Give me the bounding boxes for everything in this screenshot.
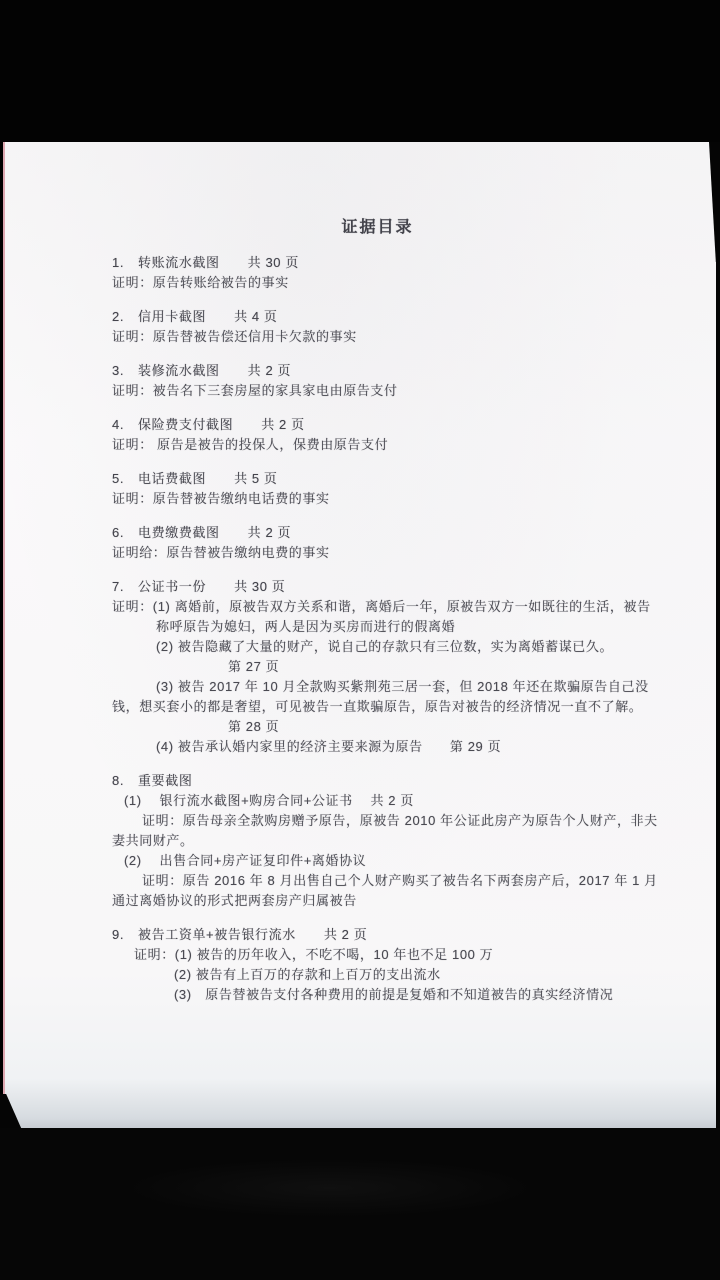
item-name: 保险费支付截图: [138, 417, 233, 432]
proof-line: (4) 被告承认婚内家里的经济主要来源为原告 第 29 页: [156, 737, 619, 757]
evidence-item-header: 8.重要截图: [112, 771, 619, 791]
evidence-list: 1.转账流水截图共 30 页证明：原告转账给被告的事实2.信用卡截图共 4 页证…: [112, 253, 619, 1005]
evidence-item: 6.电费缴费截图共 2 页证明给：原告替被告缴纳电费的事实: [112, 523, 619, 563]
evidence-item-header: 2.信用卡截图共 4 页: [112, 307, 619, 327]
item-number: 4.: [112, 415, 124, 435]
document-paper: 证据目录 1.转账流水截图共 30 页证明：原告转账给被告的事实2.信用卡截图共…: [3, 142, 717, 1128]
proof-line: (3) 原告替被告支付各种费用的前提是复婚和不知道被告的真实经济情况: [174, 985, 619, 1005]
item-name: 被告工资单+被告银行流水: [138, 927, 296, 942]
evidence-item: 3.装修流水截图共 2 页证明：被告名下三套房屋的家具家电由原告支付: [112, 361, 619, 401]
item-name: 转账流水截图: [138, 255, 220, 270]
evidence-item-header: 5.电话费截图共 5 页: [112, 469, 619, 489]
evidence-item: 5.电话费截图共 5 页证明：原告替被告缴纳电话费的事实: [112, 469, 619, 509]
evidence-item: 1.转账流水截图共 30 页证明：原告转账给被告的事实: [112, 253, 619, 293]
evidence-item: 8.重要截图(1) 银行流水截图+购房合同+公证书 共 2 页证明：原告母亲全款…: [112, 771, 619, 911]
proof-line: 证明：原告替被告偿还信用卡欠款的事实: [112, 327, 619, 347]
proof-line: 妻共同财产。: [112, 831, 619, 851]
evidence-item: 9.被告工资单+被告银行流水共 2 页证明：(1) 被告的历年收入，不吃不喝，1…: [112, 925, 619, 1005]
top-letterbox-bar: [0, 0, 720, 142]
item-name: 装修流水截图: [138, 363, 220, 378]
item-name: 电费缴费截图: [138, 525, 220, 540]
item-page-count: 共 2 页: [248, 363, 291, 378]
proof-line: 证明：被告名下三套房屋的家具家电由原告支付: [112, 381, 619, 401]
proof-line: (1) 银行流水截图+购房合同+公证书 共 2 页: [124, 791, 619, 811]
item-name: 重要截图: [138, 773, 192, 788]
proof-line: 第 28 页: [228, 717, 619, 737]
item-number: 3.: [112, 361, 124, 381]
evidence-item: 7.公证书一份共 30 页证明：(1) 离婚前，原被告双方关系和谐，离婚后一年，…: [112, 577, 619, 757]
proof-line: 证明： 原告是被告的投保人，保费由原告支付: [112, 435, 619, 455]
evidence-item-header: 3.装修流水截图共 2 页: [112, 361, 619, 381]
item-number: 1.: [112, 253, 124, 273]
evidence-item: 4.保险费支付截图共 2 页证明： 原告是被告的投保人，保费由原告支付: [112, 415, 619, 455]
item-number: 2.: [112, 307, 124, 327]
proof-line: 证明：(1) 离婚前，原被告双方关系和谐，离婚后一年，原被告双方一如既往的生活，…: [112, 597, 619, 617]
item-page-count: 共 2 页: [261, 417, 304, 432]
item-number: 5.: [112, 469, 124, 489]
item-page-count: 共 5 页: [234, 471, 277, 486]
bottom-letterbox-bar: [0, 1128, 720, 1280]
item-number: 6.: [112, 523, 124, 543]
document-content: 证据目录 1.转账流水截图共 30 页证明：原告转账给被告的事实2.信用卡截图共…: [5, 142, 717, 1005]
evidence-item-header: 7.公证书一份共 30 页: [112, 577, 619, 597]
proof-line: 证明：原告母亲全款购房赠予原告，原被告 2010 年公证此房产为原告个人财产，非…: [142, 811, 619, 831]
evidence-item-header: 9.被告工资单+被告银行流水共 2 页: [112, 925, 619, 945]
item-number: 8.: [112, 771, 124, 791]
item-number: 9.: [112, 925, 124, 945]
item-page-count: 共 30 页: [234, 579, 285, 594]
proof-line: (2) 出售合同+房产证复印件+离婚协议: [124, 851, 619, 871]
item-name: 电话费截图: [138, 471, 206, 486]
item-page-count: 共 4 页: [234, 309, 277, 324]
item-page-count: 共 2 页: [324, 927, 367, 942]
evidence-item-header: 6.电费缴费截图共 2 页: [112, 523, 619, 543]
proof-line: 称呼原告为媳妇，两人是因为买房而进行的假离婚: [156, 617, 619, 637]
item-name: 公证书一份: [138, 579, 206, 594]
proof-line: 钱，想买套小的都是奢望，可见被告一直欺骗原告，原告对被告的经济情况一直不了解。: [112, 697, 619, 717]
paper-edge-shadow-right: [716, 142, 720, 1128]
proof-line: 证明：原告转账给被告的事实: [112, 273, 619, 293]
item-page-count: 共 2 页: [248, 525, 291, 540]
proof-line: 证明：原告替被告缴纳电话费的事实: [112, 489, 619, 509]
proof-line: 证明：(1) 被告的历年收入，不吃不喝，10 年也不足 100 万: [134, 945, 619, 965]
item-page-count: 共 30 页: [248, 255, 299, 270]
proof-line: 第 27 页: [228, 657, 619, 677]
photo-stage: 证据目录 1.转账流水截图共 30 页证明：原告转账给被告的事实2.信用卡截图共…: [0, 0, 720, 1280]
photo-smudge: [120, 1158, 540, 1218]
page-title: 证据目录: [124, 214, 631, 237]
proof-line: 证明给：原告替被告缴纳电费的事实: [112, 543, 619, 563]
proof-line: 证明：原告 2016 年 8 月出售自己个人财产购买了被告名下两套房产后，201…: [142, 871, 619, 891]
proof-line: (2) 被告隐藏了大量的财产，说自己的存款只有三位数，实为离婚蓄谋已久。: [156, 637, 619, 657]
evidence-item-header: 1.转账流水截图共 30 页: [112, 253, 619, 273]
evidence-item: 2.信用卡截图共 4 页证明：原告替被告偿还信用卡欠款的事实: [112, 307, 619, 347]
proof-line: (3) 被告 2017 年 10 月全款购买紫荆苑三居一套，但 2018 年还在…: [156, 677, 619, 697]
proof-line: (2) 被告有上百万的存款和上百万的支出流水: [174, 965, 619, 985]
evidence-item-header: 4.保险费支付截图共 2 页: [112, 415, 619, 435]
proof-line: 通过离婚协议的形式把两套房产归属被告: [112, 891, 619, 911]
item-number: 7.: [112, 577, 124, 597]
item-name: 信用卡截图: [138, 309, 206, 324]
